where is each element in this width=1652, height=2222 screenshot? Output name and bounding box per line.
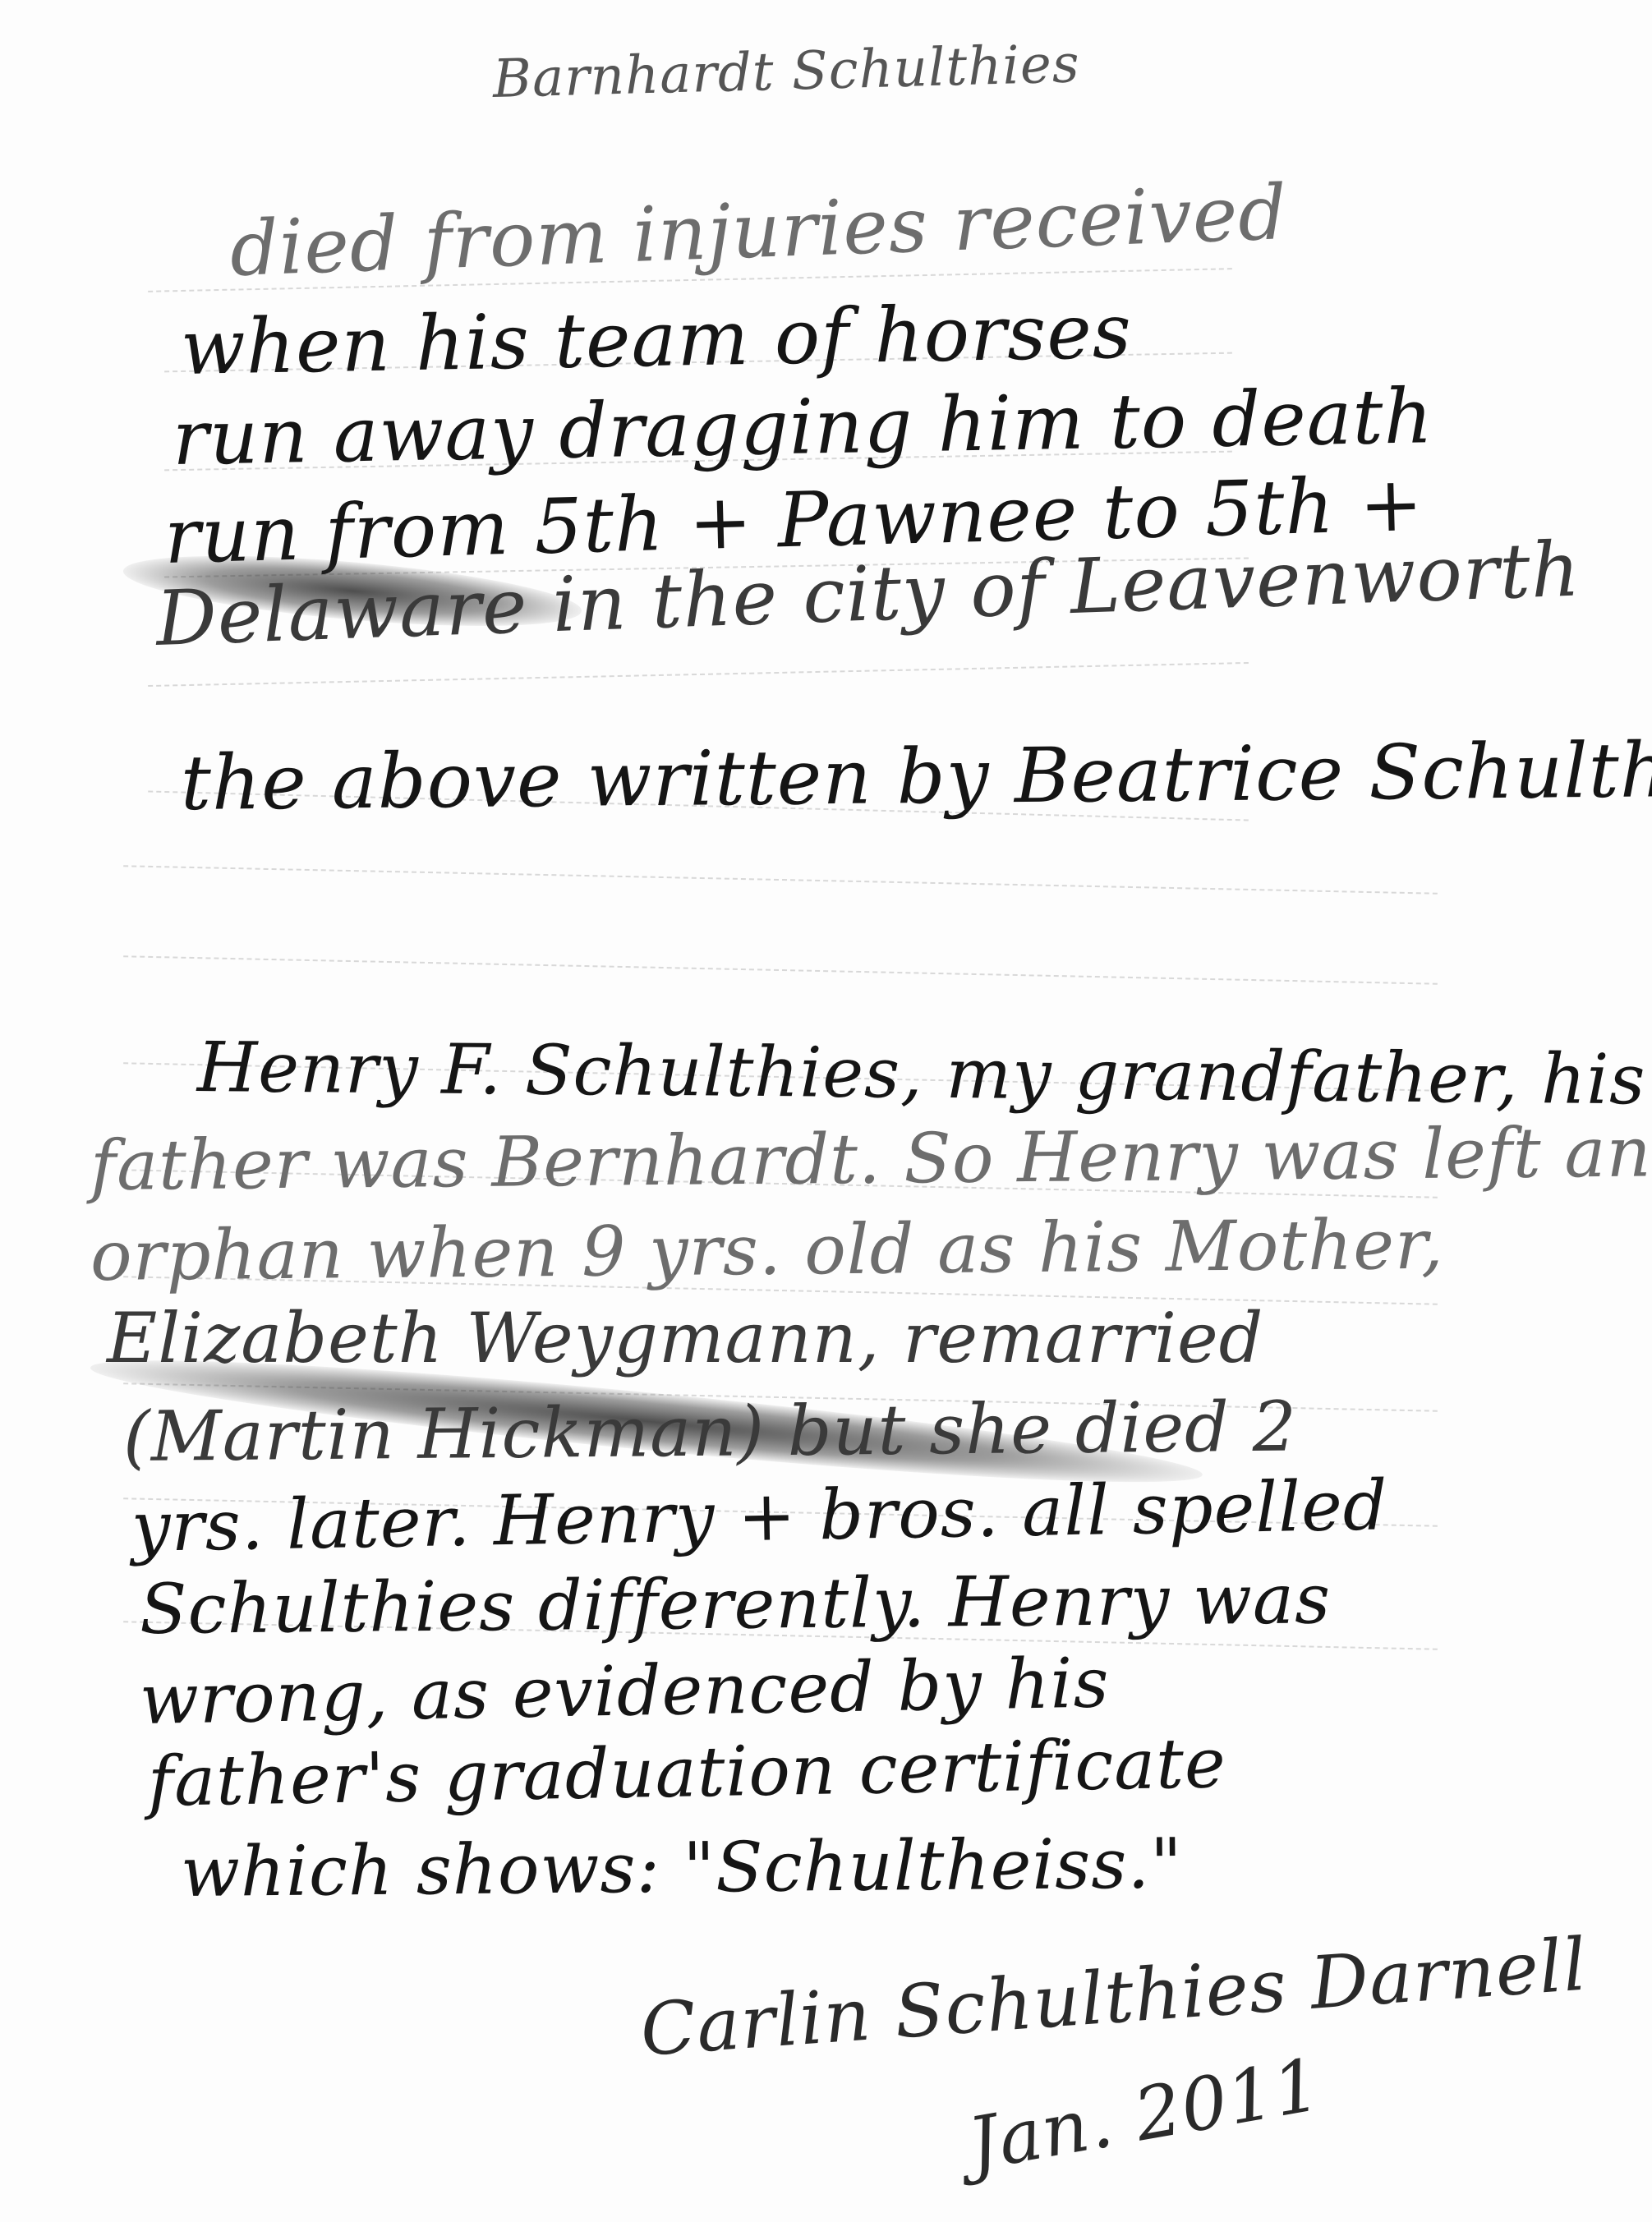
ruled-line (148, 662, 1249, 687)
section-2-line-10: which shows: "Schultheiss." (181, 1823, 1184, 1912)
section-1-line-2: when his team of horses (180, 288, 1133, 392)
section-2-line-6: yrs. later. Henry + bros. all spelled (131, 1465, 1388, 1567)
section-2-line-7: Schulthies differently. Henry was (140, 1558, 1332, 1649)
section-2-line-2: father was Bernhardt. So Henry was left … (90, 1111, 1652, 1206)
signature-name: Carlin Schulthies Darnell (637, 1922, 1590, 2072)
section-2-line-9: father's graduation certificate (147, 1723, 1226, 1822)
section-2-line-1: Henry F. Schulthies, my grandfather, his (197, 1027, 1646, 1120)
signature-date: Jan. 2011 (962, 2042, 1328, 2187)
section-1-line-1: died from injuries received (228, 168, 1289, 293)
ruled-line (123, 955, 1438, 985)
attribution-line: the above written by Beatrice Schulthies (181, 725, 1652, 827)
handwritten-note-page: Barnhardt Schulthies died from injuries … (0, 0, 1652, 2222)
document-title: Barnhardt Schulthies (492, 34, 1080, 110)
section-2-line-3: orphan when 9 yrs. old as his Mother, (90, 1204, 1444, 1296)
section-2-line-5: (Martin Hickman) but she died 2 (123, 1387, 1298, 1477)
section-2-line-8: wrong, as evidenced by his (139, 1642, 1110, 1740)
ruled-line (123, 865, 1438, 895)
